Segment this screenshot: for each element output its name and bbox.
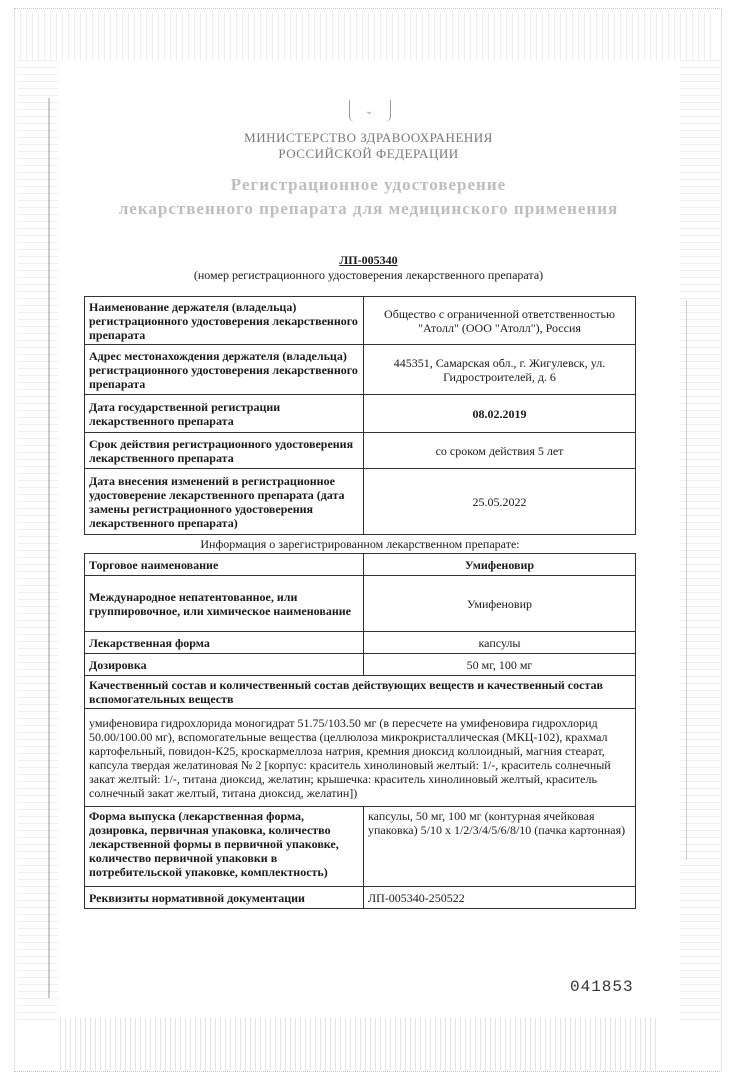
row-label: Дозировка (85, 654, 364, 676)
table-row: Срок действия регистрационного удостовер… (85, 433, 636, 469)
row-value: 50 мг, 100 мг (364, 654, 636, 676)
row-value: 445351, Самарская обл., г. Жигулевск, ул… (364, 345, 636, 395)
row-label: Дата государственной регистрации лекарст… (85, 395, 364, 433)
table-row: Наименование держателя (владельца) регис… (85, 297, 636, 345)
table-row: Адрес местонахождения держателя (владель… (85, 345, 636, 395)
row-value: Умифеновир (364, 576, 636, 632)
ministry-name-line1: МИНИСТЕРСТВО ЗДРАВООХРАНЕНИЯ (0, 130, 737, 145)
row-label: Срок действия регистрационного удостовер… (85, 433, 364, 469)
row-label: Торговое наименование (85, 554, 364, 576)
row-label: Адрес местонахождения держателя (владель… (85, 345, 364, 395)
form-serial-number: 041853 (570, 978, 634, 996)
row-value: капсулы (364, 632, 636, 654)
table-row: Лекарственная форма капсулы (85, 632, 636, 654)
row-value: 25.05.2022 (364, 469, 636, 535)
table-row: Дозировка 50 мг, 100 мг (85, 654, 636, 676)
frame-rule-left (48, 98, 50, 998)
table-row: Форма выпуска (лекарственная форма, дози… (85, 807, 636, 887)
normative-docs-label: Реквизиты нормативной документации (85, 887, 364, 909)
registration-number: ЛП-005340 (0, 253, 737, 268)
row-value: со сроком действия 5 лет (364, 433, 636, 469)
release-form-value: капсулы, 50 мг, 100 мг (контурная ячейко… (364, 807, 636, 887)
table-row: Реквизиты нормативной документации ЛП-00… (85, 887, 636, 909)
table-row: Международное непатентованное, или групп… (85, 576, 636, 632)
row-value: Общество с ограниченной ответственностью… (364, 297, 636, 345)
registration-details-table: Наименование держателя (владельца) регис… (84, 296, 636, 909)
guilloche-border-bottom (60, 1018, 660, 1070)
certificate-title-line1: Регистрационное удостоверение (0, 174, 737, 196)
composition-value-row: умифеновира гидрохлорида моногидрат 51.7… (85, 709, 636, 807)
release-form-label: Форма выпуска (лекарственная форма, дози… (85, 807, 364, 887)
info-heading: Информация о зарегистрированном лекарств… (85, 535, 636, 554)
row-label: Лекарственная форма (85, 632, 364, 654)
row-label: Наименование держателя (владельца) регис… (85, 297, 364, 345)
table-row: Дата государственной регистрации лекарст… (85, 395, 636, 433)
frame-rule-right (686, 300, 687, 860)
composition-value: умифеновира гидрохлорида моногидрат 51.7… (85, 709, 636, 807)
registration-number-caption: (номер регистрационного удостоверения ле… (0, 268, 737, 283)
normative-docs-value: ЛП-005340-250522 (364, 887, 636, 909)
row-value: 08.02.2019 (364, 395, 636, 433)
certificate-title-line2: лекарственного препарата для медицинског… (0, 198, 737, 220)
ministry-name-line2: РОССИЙСКОЙ ФЕДЕРАЦИИ (0, 146, 737, 161)
composition-label: Качественный состав и количественный сос… (85, 676, 636, 709)
table-row: Дата внесения изменений в регистрационно… (85, 469, 636, 535)
row-label: Дата внесения изменений в регистрационно… (85, 469, 364, 535)
state-emblem-icon (349, 100, 391, 122)
info-heading-row: Информация о зарегистрированном лекарств… (85, 535, 636, 554)
guilloche-border-top (20, 12, 716, 60)
table-row: Торговое наименование Умифеновир (85, 554, 636, 576)
row-value: Умифеновир (364, 554, 636, 576)
row-label: Международное непатентованное, или групп… (85, 576, 364, 632)
composition-label-row: Качественный состав и количественный сос… (85, 676, 636, 709)
